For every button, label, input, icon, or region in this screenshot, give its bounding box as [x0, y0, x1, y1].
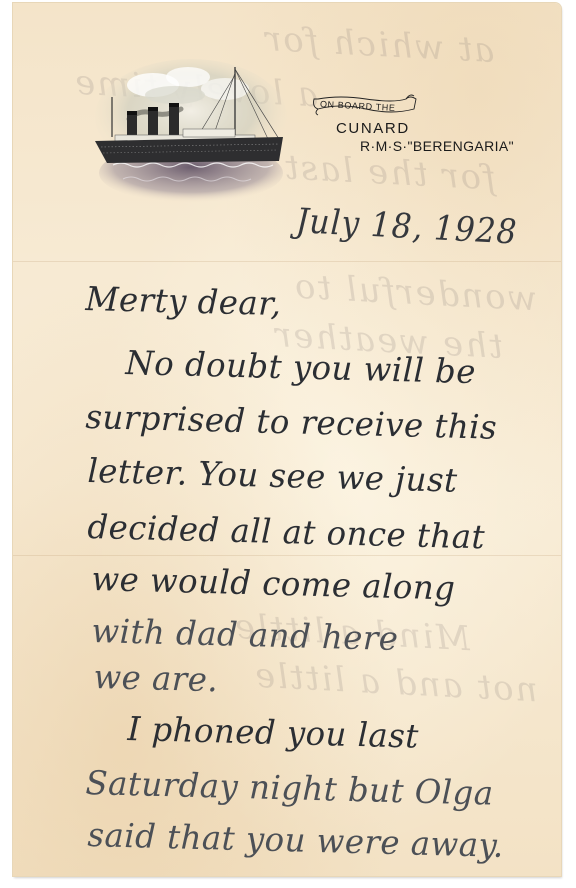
letter-line: No doubt you will be: [125, 343, 476, 391]
letter-date: July 18, 1928: [295, 201, 518, 253]
letter-line: with dad and here: [91, 611, 399, 658]
letterhead-ship-name: R·M·S·"BERENGARIA": [360, 138, 514, 154]
letter-line: letter. You see we just: [87, 451, 458, 500]
bleed-through-text: not and a little: [252, 656, 538, 711]
letter-salutation: Merty dear,: [85, 279, 282, 323]
letter-line: we are.: [93, 657, 219, 699]
letter-line: said that you were away.: [87, 815, 504, 865]
letter-line: surprised to receive this: [85, 397, 498, 447]
bleed-through-text: wonderful to: [292, 267, 538, 320]
scanned-letter: at which for a lovely time for the last …: [0, 0, 576, 888]
letter-line: I phoned you last: [127, 709, 419, 756]
paper-crease: [13, 261, 561, 262]
bleed-through-text: at which for: [262, 19, 495, 71]
letterhead: ON BOARD THE CUNARD R·M·S·"BERENGARIA": [310, 93, 530, 163]
letterhead-company: CUNARD: [336, 120, 410, 137]
letter-line: decided all at once that: [87, 507, 486, 556]
ocean-liner-engraving-icon: [93, 55, 289, 205]
letter-page: at which for a lovely time for the last …: [13, 3, 561, 876]
letter-line: we would come along: [91, 559, 456, 608]
letter-line: Saturday night but Olga: [85, 763, 494, 813]
